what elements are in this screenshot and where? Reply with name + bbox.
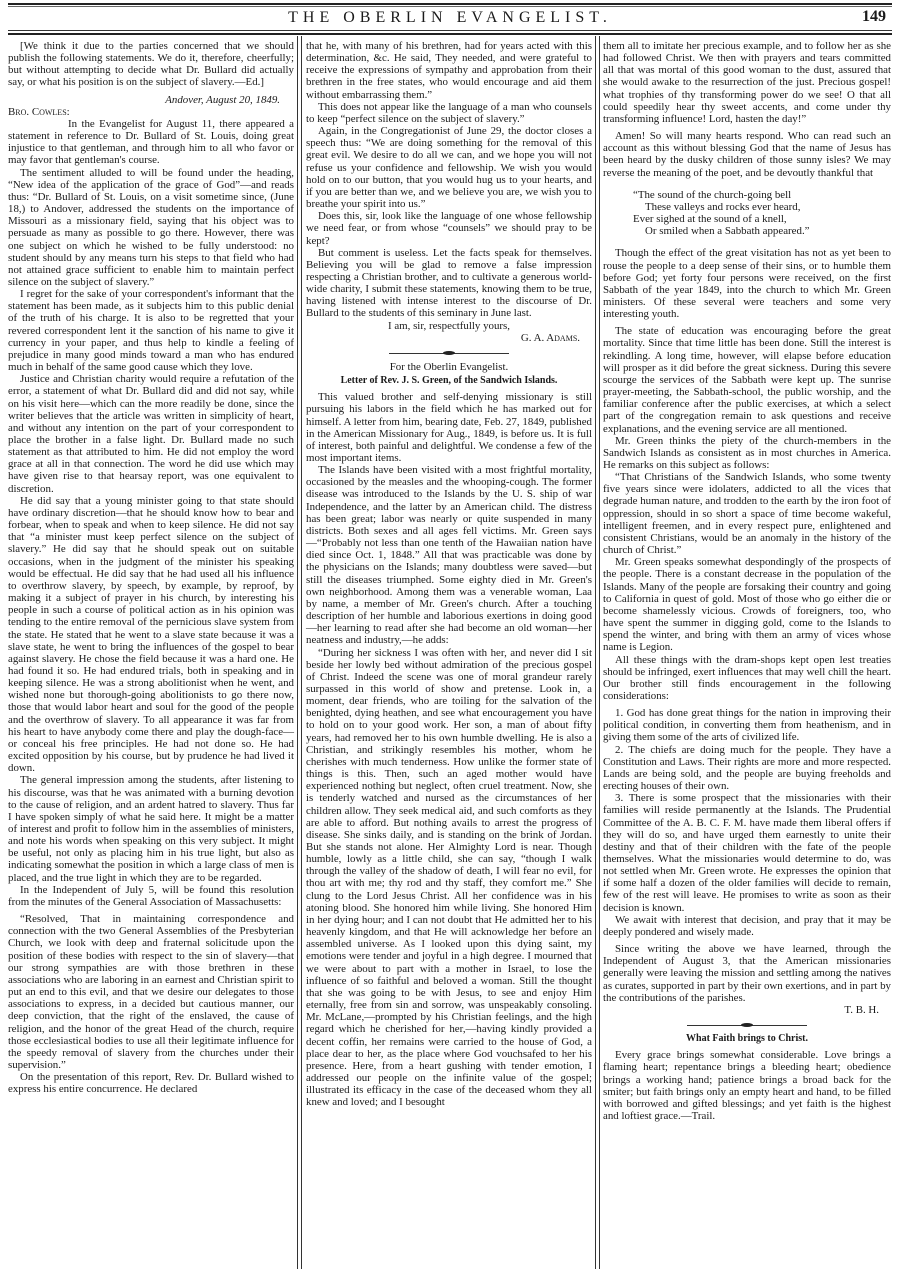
paragraph: In the Independent of July 5, will be fo… bbox=[8, 884, 294, 908]
paragraph: But comment is useless. Let the facts sp… bbox=[306, 247, 592, 320]
list-item: 1. God has done great things for the nat… bbox=[603, 707, 891, 743]
paragraph: This valued brother and self-denying mis… bbox=[306, 391, 592, 464]
list-item: 2. The chiefs are doing much for the peo… bbox=[603, 744, 891, 793]
section-divider bbox=[687, 1025, 807, 1026]
quoted-letter: “During her sickness I was often with he… bbox=[306, 647, 592, 1109]
article-heading: Letter of Rev. J. S. Green, of the Sandw… bbox=[306, 375, 592, 387]
masthead: THE OBERLIN EVANGELIST. 149 bbox=[0, 0, 900, 34]
dateline: Andover, August 20, 1849. bbox=[8, 94, 294, 106]
newspaper-title: THE OBERLIN EVANGELIST. bbox=[0, 9, 900, 27]
paragraph: Mr. Green thinks the piety of the church… bbox=[603, 435, 891, 471]
article-heading: What Faith brings to Christ. bbox=[603, 1033, 891, 1045]
paragraph: Mr. Green speaks somewhat despondingly o… bbox=[603, 556, 891, 653]
section-divider bbox=[389, 353, 509, 354]
salutation: Bro. Cowles: bbox=[8, 106, 294, 118]
source-line: For the Oberlin Evangelist. bbox=[306, 361, 592, 373]
paragraph: We await with interest that decision, an… bbox=[603, 914, 891, 938]
column-divider bbox=[595, 36, 600, 1269]
column-2: that he, with many of his brethren, had … bbox=[306, 40, 592, 1108]
poem-line: “The sound of the church-going bell bbox=[633, 189, 891, 201]
paragraph: Since writing the above we have learned,… bbox=[603, 943, 891, 1004]
column-divider bbox=[297, 36, 302, 1269]
paragraph: The sentiment alluded to will be found u… bbox=[8, 167, 294, 289]
paragraph: Though the effect of the great visitatio… bbox=[603, 247, 891, 320]
paragraph: Again, in the Congregationist of June 29… bbox=[306, 125, 592, 210]
editor-note: [We think it due to the parties concerne… bbox=[8, 40, 294, 89]
poem-quote: “The sound of the church-going bell Thes… bbox=[633, 189, 891, 238]
page-number: 149 bbox=[862, 8, 886, 26]
quoted-passage: “That Christians of the Sandwich Islands… bbox=[603, 471, 891, 556]
signature: G. A. Adams. bbox=[306, 332, 592, 344]
paragraph: All these things with the dram-shops kep… bbox=[603, 654, 891, 703]
column-1: [We think it due to the parties concerne… bbox=[8, 40, 294, 1095]
paragraph: On the presentation of this report, Rev.… bbox=[8, 1071, 294, 1095]
quoted-resolution: “Resolved, That in maintaining correspon… bbox=[8, 913, 294, 1071]
paragraph: Justice and Christian charity would requ… bbox=[8, 373, 294, 495]
paragraph: Every grace brings somewhat considerable… bbox=[603, 1049, 891, 1122]
signature: T. B. H. bbox=[603, 1004, 891, 1016]
paragraph: Amen! So will many hearts respond. Who c… bbox=[603, 130, 891, 179]
masthead-rule bbox=[8, 30, 892, 31]
poem-line: Or smiled when a Sabbath appeared.” bbox=[633, 225, 891, 237]
poem-line: These valleys and rocks ever heard, bbox=[633, 201, 891, 213]
paragraph: The general impression among the student… bbox=[8, 774, 294, 883]
paragraph: The state of education was encouraging b… bbox=[603, 325, 891, 434]
letter-closing: I am, sir, respectfully yours, bbox=[306, 320, 592, 332]
paragraph: I regret for the sake of your correspond… bbox=[8, 288, 294, 373]
masthead-rule bbox=[8, 33, 892, 35]
masthead-rule bbox=[8, 6, 892, 7]
paragraph: He did say that a young minister going t… bbox=[8, 495, 294, 775]
paragraph: Does this, sir, look like the language o… bbox=[306, 210, 592, 246]
column-3: them all to imitate her precious example… bbox=[603, 40, 891, 1122]
masthead-rule bbox=[8, 3, 892, 5]
poem-line: Ever sighed at the sound of a knell, bbox=[633, 213, 891, 225]
paragraph: This does not appear like the language o… bbox=[306, 101, 592, 125]
paragraph: In the Evangelist for August 11, there a… bbox=[8, 118, 294, 167]
paragraph: them all to imitate her precious example… bbox=[603, 40, 891, 125]
list-item: 3. There is some prospect that the missi… bbox=[603, 792, 891, 914]
paragraph: that he, with many of his brethren, had … bbox=[306, 40, 592, 101]
paragraph: The Islands have been visited with a mos… bbox=[306, 464, 592, 646]
